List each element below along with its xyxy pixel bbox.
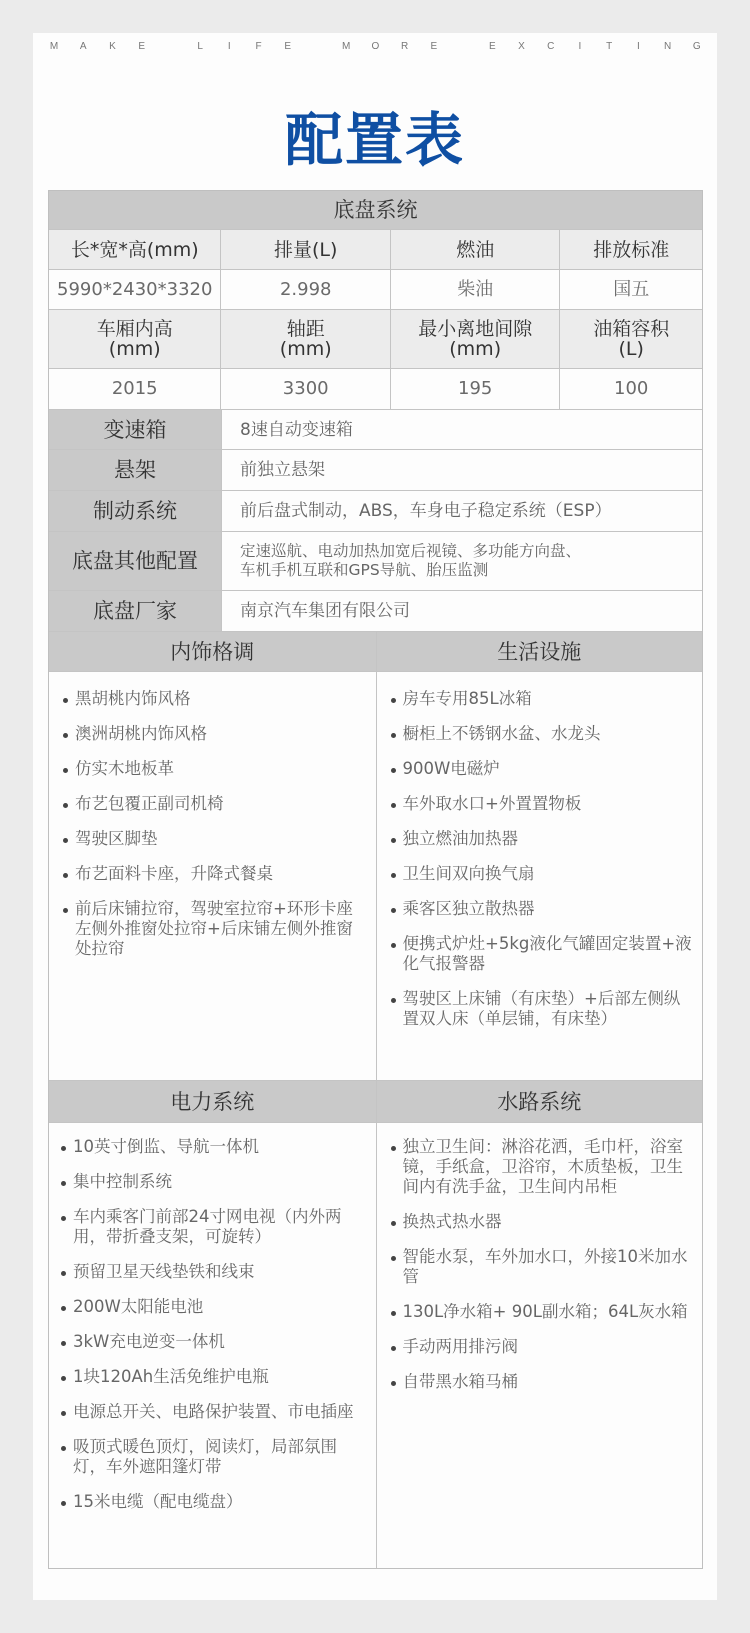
living-list-cell: 房车专用85L冰箱橱柜上不锈钢水盆、水龙头900W电磁炉车外取水口+外置置物板独…	[376, 672, 703, 1080]
value-fuel: 柴油	[390, 270, 559, 309]
tagline-letter: E	[283, 41, 293, 52]
list-item: 驾驶区脚垫	[63, 829, 365, 849]
interior-list-cell: 黑胡桃内饰风格澳洲胡桃内饰风格仿实木地板革布艺包覆正副司机椅驾驶区脚垫布艺面料卡…	[49, 672, 376, 1080]
list-item: 驾驶区上床铺（有床垫）+后部左侧纵置双人床（单层铺，有床垫）	[391, 989, 693, 1029]
list-item: 智能水泵，车外加水口，外接10米加水管	[391, 1247, 693, 1287]
interior-header: 内饰格调	[49, 632, 376, 671]
label-wheelbase: 轴距(mm)	[220, 310, 389, 368]
label-unit: (mm)	[280, 339, 332, 359]
tagline-letter: T	[604, 41, 614, 52]
tagline-letter: M	[49, 41, 59, 52]
list-item: 前后床铺拉帘，驾驶室拉帘+环形卡座左侧外推窗处拉帘+后床铺左侧外推窗处拉帘	[63, 899, 365, 959]
tagline-letter: E	[137, 41, 147, 52]
tagline-letter: E	[487, 41, 497, 52]
spec-label: 悬架	[49, 450, 221, 490]
label-emission: 排放标准	[559, 230, 702, 269]
power-list: 10英寸倒监、导航一体机集中控制系统车内乘客门前部24寸网电视（内外两用，带折叠…	[61, 1137, 363, 1527]
value-ground-clearance: 195	[390, 369, 559, 409]
list-item: 集中控制系统	[61, 1172, 363, 1192]
label-cabin-height: 车厢内高(mm)	[49, 310, 220, 368]
section-header-row-2: 电力系统 水路系统	[49, 1080, 702, 1122]
list-item: 仿实木地板革	[63, 759, 365, 779]
list-item: 澳洲胡桃内饰风格	[63, 724, 365, 744]
list-item: 15米电缆（配电缆盘）	[61, 1492, 363, 1512]
spec-value: 前独立悬架	[221, 450, 702, 490]
label-fuel: 燃油	[390, 230, 559, 269]
list-item: 卫生间双向换气扇	[391, 864, 693, 884]
list-item: 车外取水口+外置置物板	[391, 794, 693, 814]
list-item: 10英寸倒监、导航一体机	[61, 1137, 363, 1157]
water-list: 独立卫生间：淋浴花洒，毛巾杆，浴室镜，手纸盒，卫浴帘，木质垫板，卫生间内有洗手盆…	[391, 1137, 693, 1407]
list-item: 吸顶式暖色顶灯，阅读灯，局部氛围灯，车外遮阳篷灯带	[61, 1437, 363, 1477]
list-item: 布艺包覆正副司机椅	[63, 794, 365, 814]
tagline-letter	[312, 41, 322, 52]
list-item: 便携式炉灶+5kg液化气罐固定装置+液化气报警器	[391, 934, 693, 974]
tagline: MAKE LIFE MORE EXCITING	[33, 41, 717, 52]
list-item: 电源总开关、电路保护装置、市电插座	[61, 1402, 363, 1422]
tagline-letter: E	[429, 41, 439, 52]
chassis-value-row-1: 5990*2430*3320 2.998 柴油 国五	[49, 269, 702, 309]
label-line: 车厢内高	[97, 319, 173, 339]
spec-value: 前后盘式制动，ABS，车身电子稳定系统（ESP）	[221, 491, 702, 531]
list-item: 乘客区独立散热器	[391, 899, 693, 919]
list-item: 橱柜上不锈钢水盆、水龙头	[391, 724, 693, 744]
list-item: 1块120Ah生活免维护电瓶	[61, 1367, 363, 1387]
water-list-cell: 独立卫生间：淋浴花洒，毛巾杆，浴室镜，手纸盒，卫浴帘，木质垫板，卫生间内有洗手盆…	[376, 1123, 703, 1568]
spec-row-other: 底盘其他配置 定速巡航、电动加热加宽后视镜、多功能方向盘、车机手机互联和GPS导…	[49, 531, 702, 590]
tagline-letter: C	[546, 41, 556, 52]
spec-label: 制动系统	[49, 491, 221, 531]
list-item: 自带黑水箱马桶	[391, 1372, 693, 1392]
living-list: 房车专用85L冰箱橱柜上不锈钢水盆、水龙头900W电磁炉车外取水口+外置置物板独…	[391, 689, 693, 1044]
tagline-letter: X	[517, 41, 527, 52]
page-title: 配置表	[33, 93, 717, 177]
label-tank-capacity: 油箱容积(L)	[559, 310, 702, 368]
label-line: 轴距	[280, 319, 332, 339]
value-cabin-height: 2015	[49, 369, 220, 409]
tagline-letter: I	[575, 41, 585, 52]
label-unit: (mm)	[97, 339, 173, 359]
label-dimensions: 长*宽*高(mm)	[49, 230, 220, 269]
spec-row-gearbox: 变速箱 8速自动变速箱	[49, 409, 702, 449]
list-item: 独立卫生间：淋浴花洒，毛巾杆，浴室镜，手纸盒，卫浴帘，木质垫板，卫生间内有洗手盆…	[391, 1137, 693, 1197]
spec-row-suspension: 悬架 前独立悬架	[49, 449, 702, 490]
interior-list: 黑胡桃内饰风格澳洲胡桃内饰风格仿实木地板革布艺包覆正副司机椅驾驶区脚垫布艺面料卡…	[63, 689, 365, 974]
chassis-value-row-2: 2015 3300 195 100	[49, 368, 702, 409]
label-displacement: 排量(L)	[220, 230, 389, 269]
value-displacement: 2.998	[220, 270, 389, 309]
value-dimensions: 5990*2430*3320	[49, 270, 220, 309]
label-ground-clearance: 最小离地间隙(mm)	[390, 310, 559, 368]
tagline-letter: O	[370, 41, 380, 52]
list-item: 独立燃油加热器	[391, 829, 693, 849]
chassis-header-row: 底盘系统	[49, 191, 702, 229]
tagline-letter: L	[195, 41, 205, 52]
list-item: 换热式热水器	[391, 1212, 693, 1232]
power-list-cell: 10英寸倒监、导航一体机集中控制系统车内乘客门前部24寸网电视（内外两用，带折叠…	[49, 1123, 376, 1568]
config-card: MAKE LIFE MORE EXCITING 配置表 底盘系统 长*宽*高(m…	[33, 33, 717, 1600]
spec-value: 定速巡航、电动加热加宽后视镜、多功能方向盘、车机手机互联和GPS导航、胎压监测	[221, 532, 702, 590]
spec-value: 8速自动变速箱	[221, 410, 702, 449]
chassis-header: 底盘系统	[49, 191, 702, 229]
tagline-letter: N	[663, 41, 673, 52]
tagline-letter: I	[633, 41, 643, 52]
tagline-letter	[458, 41, 468, 52]
spec-value-line: 定速巡航、电动加热加宽后视镜、多功能方向盘、	[240, 542, 581, 561]
label-unit: (mm)	[418, 339, 532, 359]
spec-label: 变速箱	[49, 410, 221, 449]
value-wheelbase: 3300	[220, 369, 389, 409]
tagline-letter: M	[341, 41, 351, 52]
list-item: 预留卫星天线垫铁和线束	[61, 1262, 363, 1282]
power-header: 电力系统	[49, 1081, 376, 1122]
list-item: 手动两用排污阀	[391, 1337, 693, 1357]
spec-row-manufacturer: 底盘厂家 南京汽车集团有限公司	[49, 590, 702, 631]
label-line: 油箱容积	[593, 319, 669, 339]
living-header: 生活设施	[376, 632, 703, 671]
chassis-label-row-2: 车厢内高(mm) 轴距(mm) 最小离地间隙(mm) 油箱容积(L)	[49, 309, 702, 368]
label-line: 最小离地间隙	[418, 319, 532, 339]
tagline-letter: I	[224, 41, 234, 52]
list-item: 车内乘客门前部24寸网电视（内外两用，带折叠支架，可旋转）	[61, 1207, 363, 1247]
water-header: 水路系统	[376, 1081, 703, 1122]
list-item: 布艺面料卡座，升降式餐桌	[63, 864, 365, 884]
list-item: 房车专用85L冰箱	[391, 689, 693, 709]
spec-value: 南京汽车集团有限公司	[221, 591, 702, 631]
value-emission: 国五	[559, 270, 702, 309]
spec-value-line: 车机手机互联和GPS导航、胎压监测	[240, 561, 581, 580]
tagline-letter: F	[254, 41, 264, 52]
section-header-row-1: 内饰格调 生活设施	[49, 631, 702, 671]
list-item: 200W太阳能电池	[61, 1297, 363, 1317]
tagline-letter: G	[692, 41, 702, 52]
spec-row-brakes: 制动系统 前后盘式制动，ABS，车身电子稳定系统（ESP）	[49, 490, 702, 531]
tagline-letter	[166, 41, 176, 52]
tagline-letter: K	[107, 41, 117, 52]
list-item: 黑胡桃内饰风格	[63, 689, 365, 709]
chassis-label-row-1: 长*宽*高(mm) 排量(L) 燃油 排放标准	[49, 229, 702, 269]
config-table: 底盘系统 长*宽*高(mm) 排量(L) 燃油 排放标准 5990*2430*3…	[48, 190, 703, 1569]
value-tank-capacity: 100	[559, 369, 702, 409]
list-item: 900W电磁炉	[391, 759, 693, 779]
list-item: 3kW充电逆变一体机	[61, 1332, 363, 1352]
tagline-letter: R	[400, 41, 410, 52]
list-item: 130L净水箱+ 90L副水箱；64L灰水箱	[391, 1302, 693, 1322]
section-content-row-1: 黑胡桃内饰风格澳洲胡桃内饰风格仿实木地板革布艺包覆正副司机椅驾驶区脚垫布艺面料卡…	[49, 671, 702, 1080]
spec-label: 底盘厂家	[49, 591, 221, 631]
label-unit: (L)	[593, 339, 669, 359]
section-content-row-2: 10英寸倒监、导航一体机集中控制系统车内乘客门前部24寸网电视（内外两用，带折叠…	[49, 1122, 702, 1568]
spec-label: 底盘其他配置	[49, 532, 221, 590]
tagline-letter: A	[78, 41, 88, 52]
